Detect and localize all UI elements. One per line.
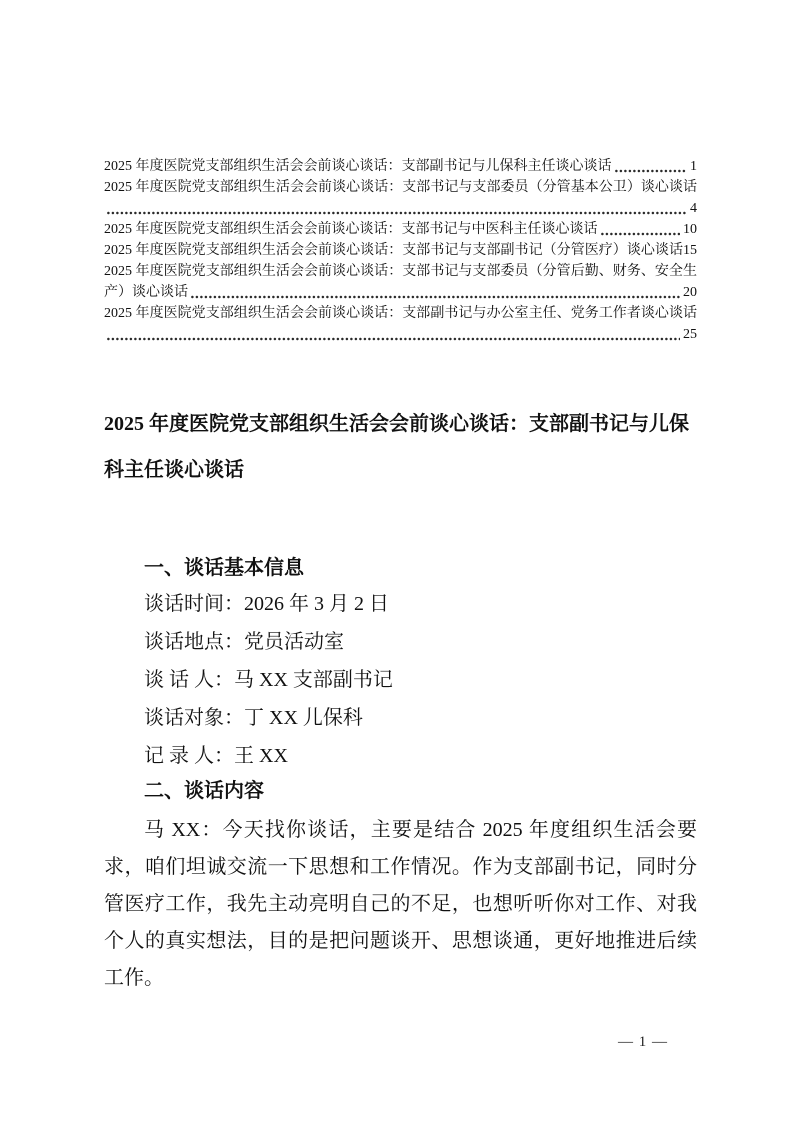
toc-entry-4-page: 15 (683, 243, 697, 258)
toc-entry-2-page: 4 (690, 198, 697, 219)
section-heading-content: 二、谈话内容 (104, 779, 697, 803)
dialogue-paragraph: 马 XX：今天找你谈话，主要是结合 2025 年度组织生活会要求，咱们坦诚交流一… (104, 812, 697, 997)
toc-entry-3-title: 2025 年度医院党支部组织生活会会前谈心谈话：支部书记与中医科主任谈心谈话 (104, 219, 598, 240)
info-value: 王 XX (234, 745, 288, 767)
toc-entry-6[interactable]: 2025 年度医院党支部组织生活会会前谈心谈话：支部副书记与办公室主任、党务工作… (104, 303, 697, 324)
section-heading-basic-info: 一、谈话基本信息 (104, 556, 697, 580)
toc-entry-2-title: 2025 年度医院党支部组织生活会会前谈心谈话：支部书记与支部委员（分管基本公卫… (104, 180, 697, 195)
info-value: 党员活动室 (244, 631, 344, 653)
dot-leader (601, 232, 681, 236)
info-label: 记 录 人： (144, 745, 234, 767)
dot-leader (107, 337, 680, 341)
info-label: 谈话对象： (144, 707, 244, 729)
info-line-interviewee: 谈话对象：丁 XX 儿保科 (144, 699, 697, 737)
info-label: 谈话时间： (144, 593, 244, 615)
meta-info-block: 谈话时间：2026 年 3 月 2 日 谈话地点：党员活动室 谈 话 人：马 X… (104, 585, 697, 775)
toc-entry-3-page: 10 (683, 219, 697, 240)
dot-leader (191, 295, 680, 299)
toc-entry-5-continuation[interactable]: 产）谈心谈话 20 (104, 282, 697, 303)
toc-entry-1-page: 1 (690, 156, 697, 177)
info-line-time: 谈话时间：2026 年 3 月 2 日 (144, 585, 697, 623)
toc-entry-1-title: 2025 年度医院党支部组织生活会会前谈心谈话：支部副书记与儿保科主任谈心谈话 (104, 156, 612, 177)
toc-entry-5-page: 20 (683, 282, 697, 303)
dot-leader (615, 169, 688, 173)
info-label: 谈 话 人： (144, 669, 234, 691)
info-value: 马 XX 支部副书记 (234, 669, 393, 691)
toc-entry-6-page: 25 (683, 324, 697, 345)
info-line-recorder: 记 录 人：王 XX (144, 737, 697, 775)
info-value: 丁 XX 儿保科 (244, 707, 363, 729)
toc-entry-5-title-line2: 产）谈心谈话 (104, 282, 188, 303)
toc-entry-6-title: 2025 年度医院党支部组织生活会会前谈心谈话：支部副书记与办公室主任、党务工作… (104, 306, 697, 321)
table-of-contents: 2025 年度医院党支部组织生活会会前谈心谈话：支部副书记与儿保科主任谈心谈话 … (104, 156, 697, 345)
info-line-interviewer: 谈 话 人：马 XX 支部副书记 (144, 661, 697, 699)
toc-entry-2-continuation[interactable]: 4 (104, 198, 697, 219)
toc-entry-6-continuation[interactable]: 25 (104, 324, 697, 345)
info-value: 2026 年 3 月 2 日 (244, 593, 389, 615)
toc-entry-5-title-line1: 2025 年度医院党支部组织生活会会前谈心谈话：支部书记与支部委员（分管后勤、财… (104, 264, 697, 279)
toc-entry-4-title: 2025 年度医院党支部组织生活会会前谈心谈话：支部书记与支部副书记（分管医疗）… (104, 243, 683, 258)
info-line-place: 谈话地点：党员活动室 (144, 623, 697, 661)
toc-entry-4[interactable]: 2025 年度医院党支部组织生活会会前谈心谈话：支部书记与支部副书记（分管医疗）… (104, 240, 697, 261)
document-title: 2025 年度医院党支部组织生活会会前谈心谈话：支部副书记与儿保科主任谈心谈话 (104, 401, 697, 493)
page-number: — 1 — (618, 1033, 668, 1051)
toc-entry-3[interactable]: 2025 年度医院党支部组织生活会会前谈心谈话：支部书记与中医科主任谈心谈话 1… (104, 219, 697, 240)
dot-leader (107, 211, 687, 215)
info-label: 谈话地点： (144, 631, 244, 653)
toc-entry-2[interactable]: 2025 年度医院党支部组织生活会会前谈心谈话：支部书记与支部委员（分管基本公卫… (104, 177, 697, 198)
toc-entry-5[interactable]: 2025 年度医院党支部组织生活会会前谈心谈话：支部书记与支部委员（分管后勤、财… (104, 261, 697, 282)
document-page: 2025 年度医院党支部组织生活会会前谈心谈话：支部副书记与儿保科主任谈心谈话 … (0, 0, 793, 1122)
toc-entry-1[interactable]: 2025 年度医院党支部组织生活会会前谈心谈话：支部副书记与儿保科主任谈心谈话 … (104, 156, 697, 177)
